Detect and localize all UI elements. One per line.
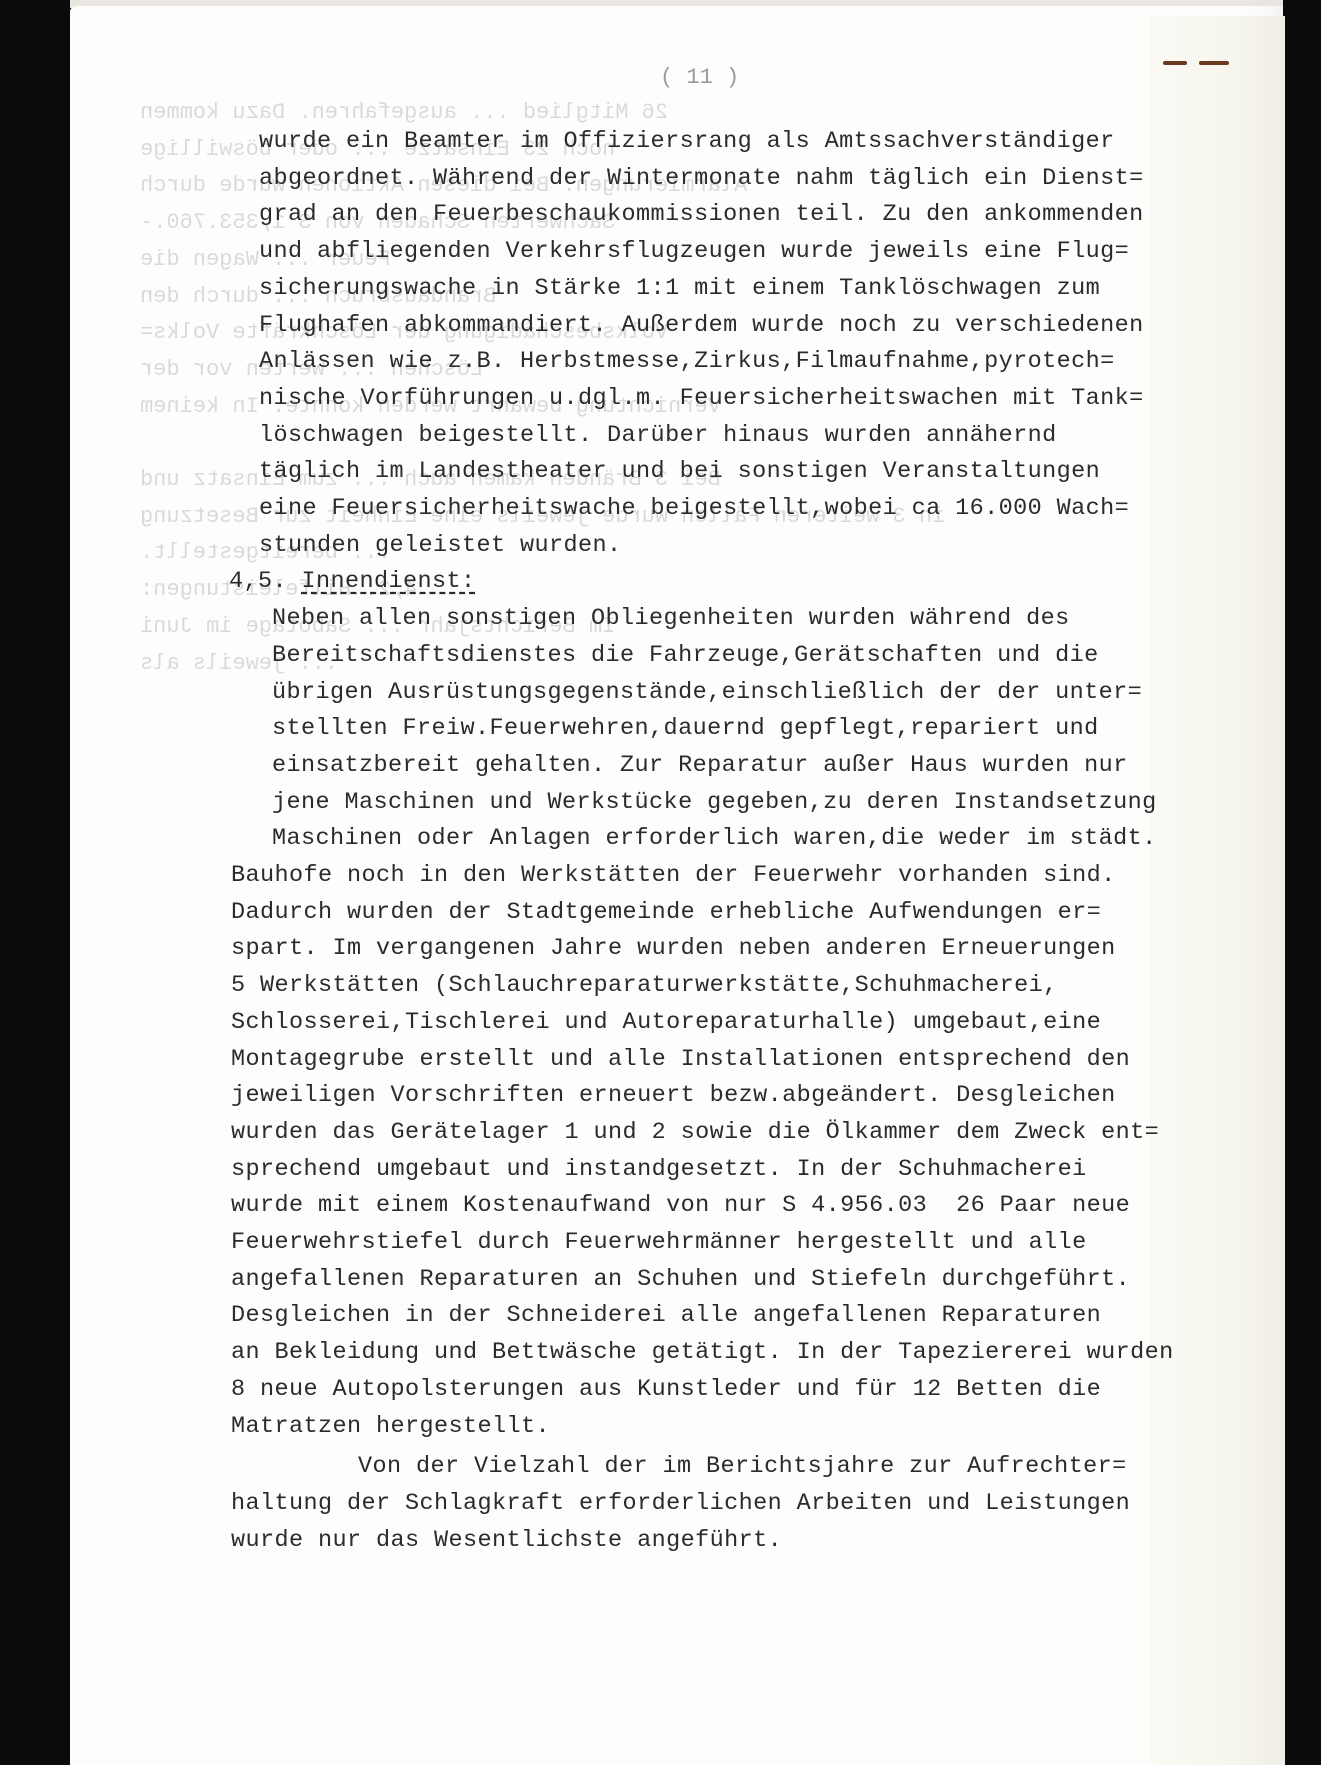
text-line: Dadurch wurden der Stadtgemeinde erhebli…	[231, 899, 1101, 926]
section-number: 4,5.	[229, 568, 302, 595]
text-line: Maschinen oder Anlagen erforderlich ware…	[272, 825, 1157, 852]
text-line: stellten Freiw.Feuerwehren,dauernd gepfl…	[272, 715, 1099, 742]
text-line: Flughafen abkommandiert. Außerdem wurde …	[259, 312, 1144, 339]
text-line: 8 neue Autopolsterungen aus Kunstleder u…	[231, 1376, 1101, 1403]
text-line: Bereitschaftsdienstes die Fahrzeuge,Gerä…	[272, 642, 1099, 669]
text-line: Neben allen sonstigen Obliegenheiten wur…	[272, 605, 1070, 632]
text-line: haltung der Schlagkraft erforderlichen A…	[231, 1490, 1130, 1517]
text-line: löschwagen beigestellt. Darüber hinaus w…	[259, 422, 1057, 449]
text-line: Schlosserei,Tischlerei und Autoreparatur…	[231, 1009, 1101, 1036]
staple-mark	[1199, 61, 1229, 65]
text-line: sicherungswache in Stärke 1:1 mit einem …	[259, 275, 1100, 302]
text-line: jeweiligen Vorschriften erneuert bezw.ab…	[231, 1082, 1116, 1109]
text-line: sprechend umgebaut und instandgesetzt. I…	[231, 1156, 1087, 1183]
text-line: grad an den Feuerbeschaukommissionen tei…	[259, 201, 1144, 228]
text-line: an Bekleidung und Bettwäsche getätigt. I…	[231, 1339, 1174, 1366]
paper-edge-fold	[1150, 16, 1285, 1765]
text-line: nische Vorführungen u.dgl.m. Feuersicher…	[259, 385, 1144, 412]
section-title: Innendienst:	[302, 568, 476, 595]
text-line: abgeordnet. Während der Wintermonate nah…	[259, 165, 1144, 192]
text-line: spart. Im vergangenen Jahre wurden neben…	[231, 935, 1116, 962]
text-line: täglich im Landestheater und bei sonstig…	[259, 458, 1100, 485]
staple-mark	[1163, 61, 1187, 65]
text-line: Matratzen hergestellt.	[231, 1413, 550, 1440]
text-line: jene Maschinen und Werkstücke gegeben,zu…	[272, 789, 1157, 816]
text-line: Bauhofe noch in den Werkstätten der Feue…	[231, 862, 1116, 889]
text-line: stunden geleistet wurden.	[259, 532, 622, 559]
page-number: ( 11 )	[660, 65, 739, 90]
text-line: 5 Werkstätten (Schlauchreparaturwerkstät…	[231, 972, 1058, 999]
text-line: und abfliegenden Verkehrsflugzeugen wurd…	[259, 238, 1129, 265]
text-line: Von der Vielzahl der im Berichtsjahre zu…	[358, 1453, 1127, 1480]
section-heading: 4,5. Innendienst:	[229, 568, 476, 595]
text-line: einsatzbereit gehalten. Zur Reparatur au…	[272, 752, 1128, 779]
text-line: wurde ein Beamter im Offiziersrang als A…	[259, 128, 1115, 155]
text-line: angefallenen Reparaturen an Schuhen und …	[231, 1266, 1130, 1293]
text-line: Feuerwehrstiefel durch Feuerwehrmänner h…	[231, 1229, 1087, 1256]
text-line: übrigen Ausrüstungsgegenstände,einschlie…	[272, 679, 1142, 706]
text-line: wurde mit einem Kostenaufwand von nur S …	[231, 1192, 1130, 1219]
text-line: eine Feuersicherheitswache beigestellt,w…	[259, 495, 1129, 522]
text-line: wurde nur das Wesentlichste angeführt.	[231, 1527, 782, 1554]
text-line: wurden das Gerätelager 1 und 2 sowie die…	[231, 1119, 1159, 1146]
text-line: Montagegrube erstellt und alle Installat…	[231, 1046, 1130, 1073]
text-line: Desgleichen in der Schneiderei alle ange…	[231, 1302, 1101, 1329]
text-line: Anlässen wie z.B. Herbstmesse,Zirkus,Fil…	[259, 348, 1115, 375]
